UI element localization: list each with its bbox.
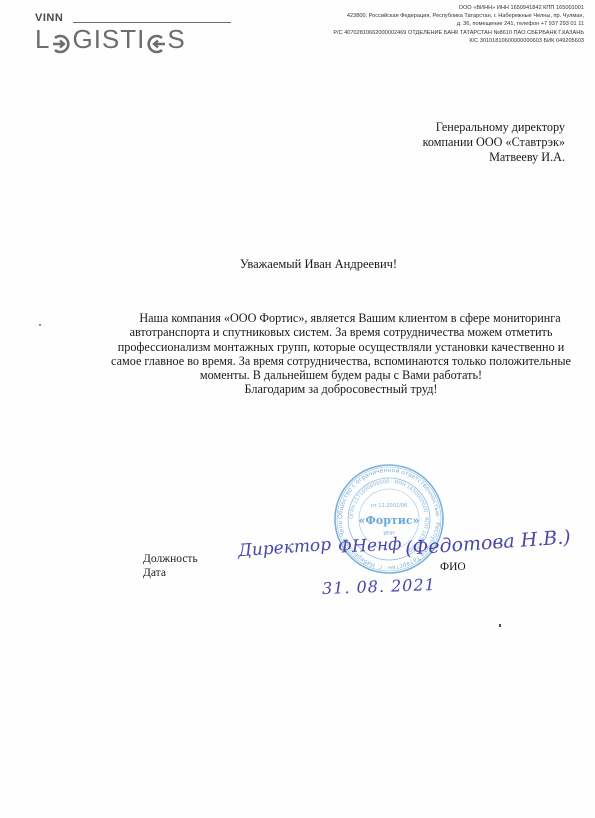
addressee-block: Генеральному директору компании ООО «Ста… xyxy=(423,120,565,165)
requisites-line: 423800, Российская Федерация, Республика… xyxy=(284,12,584,20)
body-line: Наша компания «ООО Фортис», является Ваш… xyxy=(105,311,577,325)
letter-page: VINN L GIST I S ООО «ВИНН» ИНН 16509418 xyxy=(0,0,595,818)
letter-body: Наша компания «ООО Фортис», является Ваш… xyxy=(105,311,577,397)
body-line: профессионализм монтажных групп, которые… xyxy=(105,340,577,354)
logo-rule xyxy=(73,22,231,23)
company-logo: VINN L GIST I S xyxy=(35,12,200,52)
arrow-in-c-icon xyxy=(146,30,166,50)
logo-top-word: VINN xyxy=(35,12,63,24)
requisites-line: К/С 30101810600000000603 БИК 049205603 xyxy=(284,37,584,45)
svg-text:от 11.2002/06: от 11.2002/06 xyxy=(371,503,407,509)
addressee-line: Генеральному директору xyxy=(423,120,565,135)
date-label: Дата xyxy=(143,567,166,579)
addressee-line: Матвееву И.А. xyxy=(423,150,565,165)
arrow-in-circle-icon xyxy=(51,30,71,50)
requisites-line: Р/С 40702810662000002469 ОТДЕЛЕНИЕ БАНК … xyxy=(284,29,584,37)
logo-letter-s: S xyxy=(167,24,185,55)
logo-letter-i: I xyxy=(137,24,145,55)
company-requisites: ООО «ВИНН» ИНН 1650941842 КПП 165001001 … xyxy=(284,4,584,45)
body-line: самое главное во время. За время сотрудн… xyxy=(105,354,577,368)
logo-letters-gist: GIST xyxy=(72,24,137,55)
addressee-line: компании ООО «Ставтрэк» xyxy=(423,135,565,150)
handwritten-signature: ФНенф xyxy=(338,534,402,557)
scan-speck xyxy=(499,624,501,627)
body-line: автотранспорта и спутниковых систем. За … xyxy=(105,325,577,339)
svg-text:«Фортис»: «Фортис» xyxy=(359,514,420,527)
name-label: ФИО xyxy=(440,561,466,573)
position-label: Должность xyxy=(143,553,198,565)
logo-letter-l: L xyxy=(35,24,50,55)
greeting: Уважаемый Иван Андреевич! xyxy=(0,257,595,272)
body-line: Благодарим за добросовестный труд! xyxy=(105,382,577,396)
scan-speck xyxy=(39,324,41,326)
handwritten-date: 31. 08. 2021 xyxy=(322,575,436,598)
requisites-line: ООО «ВИНН» ИНН 1650941842 КПП 165001001 xyxy=(284,4,584,12)
logo-main-word: L GIST I S xyxy=(35,24,186,55)
body-line: моменты. В дальнейшем будем рады с Вами … xyxy=(105,368,577,382)
requisites-line: д. 36, помещение 241, телефон +7 937 293… xyxy=(284,20,584,28)
handwritten-position: Директор xyxy=(237,535,331,561)
